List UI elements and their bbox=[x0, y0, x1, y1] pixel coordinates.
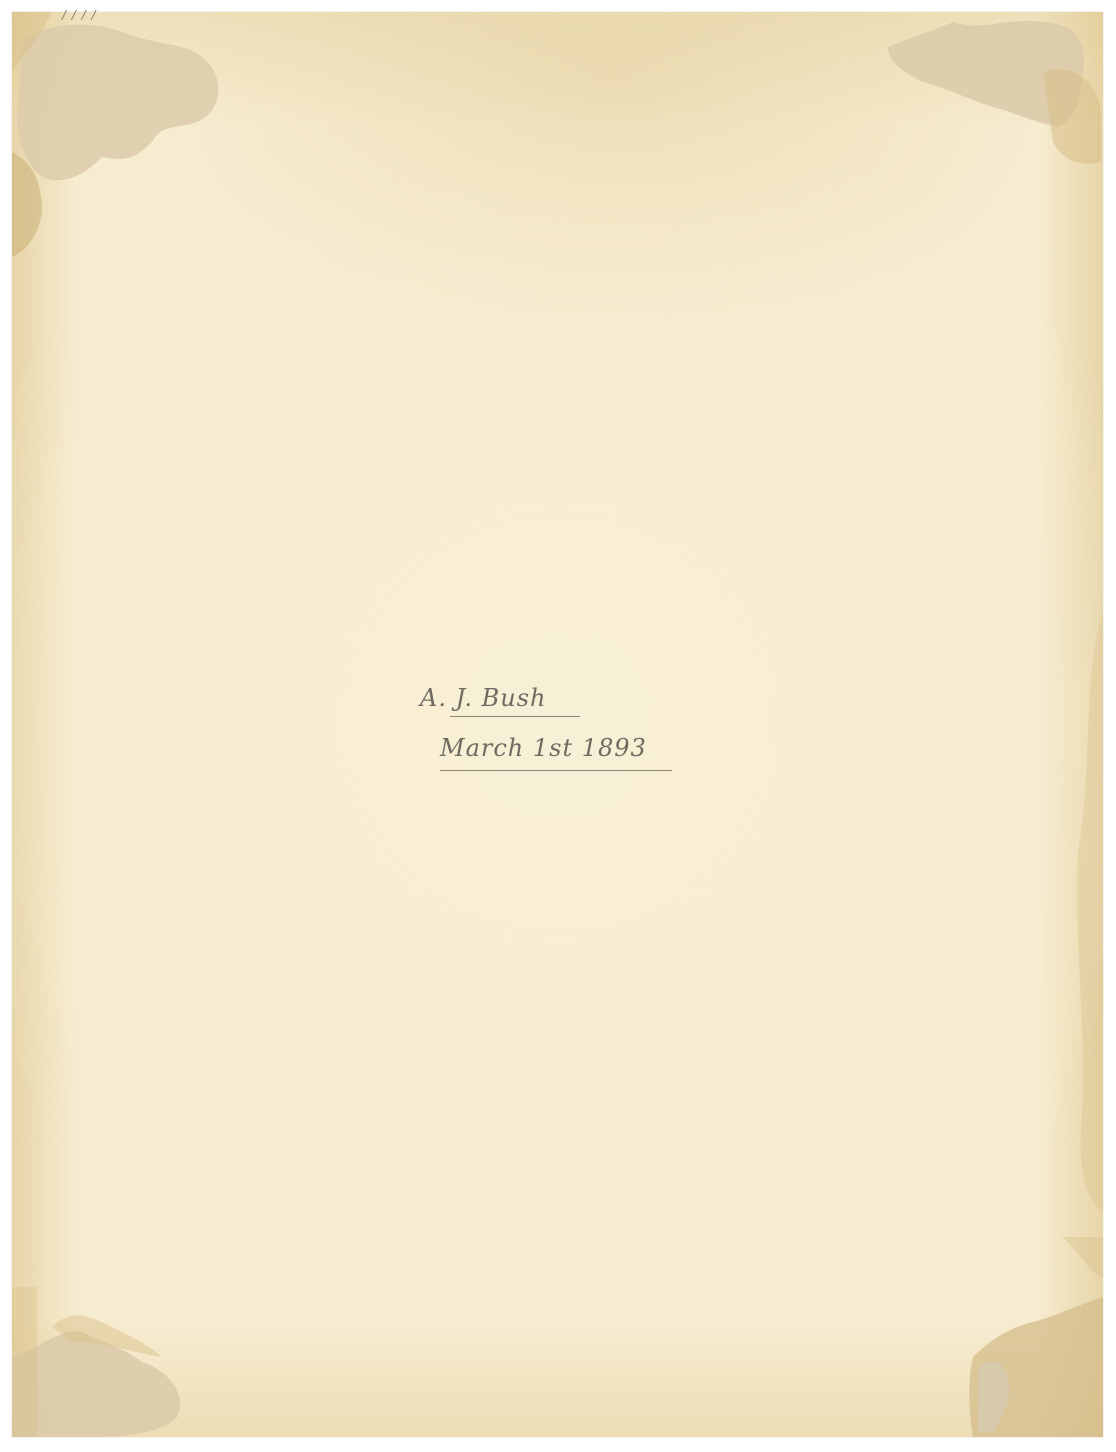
signature-underline bbox=[450, 716, 580, 717]
date-underline bbox=[440, 770, 672, 771]
signature-date: March 1st 1893 bbox=[440, 734, 647, 762]
paper-sheet: A. J. Bush March 1st 1893 / / / / bbox=[12, 12, 1103, 1437]
inscription: A. J. Bush March 1st 1893 bbox=[12, 12, 1103, 1437]
signature-name: A. J. Bush bbox=[420, 684, 546, 712]
corner-mark: / / / / bbox=[62, 8, 97, 22]
